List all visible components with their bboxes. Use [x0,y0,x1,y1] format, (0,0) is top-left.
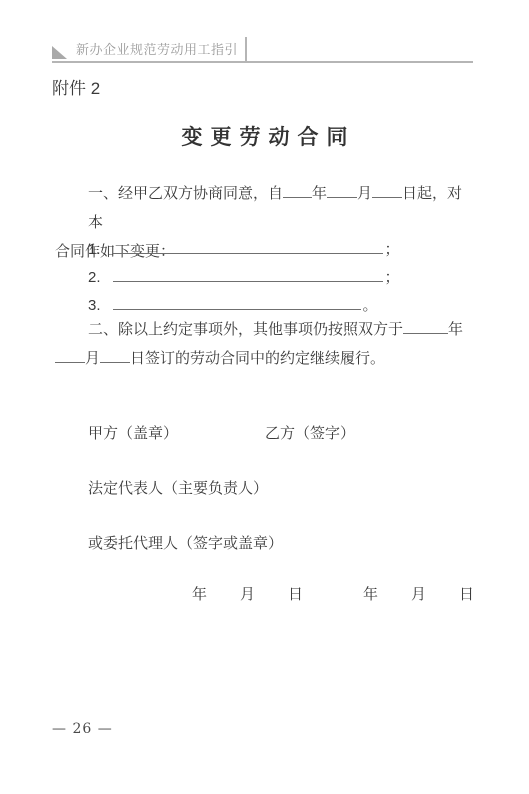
date-day-label: 日 [288,583,303,604]
date-day-label: 日 [459,583,474,604]
fill-in-blank-month [327,184,357,198]
fill-in-blank-line [113,296,361,310]
party-b-label: 乙方（签字） [265,422,355,443]
para1-text: 一、经甲乙双方协商同意，自 [88,185,283,202]
para1-text: 年 [312,185,327,202]
para2-text: 日签订的劳动合同中的约定继续履行。 [130,350,385,367]
fill-in-blank-month [55,349,85,363]
paragraph-1-line-1: 一、经甲乙双方协商同意，自年月日起，对本 [55,179,477,237]
running-header-title: 新办企业规范劳动用工指引 [76,39,238,58]
running-header: 新办企业规范劳动用工指引 [52,36,473,63]
document-title: 变更劳动合同 [0,121,529,151]
corner-triangle-icon [52,46,67,59]
entrusted-agent-label: 或委托代理人（签字或盖章） [88,532,283,553]
fill-in-blank-day [372,184,402,198]
date-year-label: 年 [363,583,378,604]
list-item: 1.； [88,236,400,264]
para2-text: 月 [85,350,100,367]
date-month-label: 月 [240,583,255,604]
fill-in-blank-day [100,349,130,363]
para2-text: 年 [448,321,463,338]
paragraph-2-line-2: 月日签订的劳动合同中的约定继续履行。 [55,344,477,373]
legal-representative-label: 法定代表人（主要负责人） [88,477,268,498]
date-line-party-a: 年 月 日 [192,583,303,604]
fill-in-blank-line [113,240,383,254]
para2-text: 二、除以上约定事项外，其他事项仍按照双方于 [88,321,403,338]
paragraph-2-line-1: 二、除以上约定事项外，其他事项仍按照双方于年 [55,315,477,344]
item-punctuation: 。 [363,297,378,314]
document-page: 新办企业规范劳动用工指引 附件 2 变更劳动合同 一、经甲乙双方协商同意，自年月… [0,0,529,794]
item-punctuation: ； [385,241,400,258]
date-month-label: 月 [411,583,426,604]
date-line-party-b: 年 月 日 [363,583,474,604]
para1-text: 月 [357,185,372,202]
page-number: — 26 — [52,721,113,737]
item-punctuation: ； [385,269,400,286]
attachment-label: 附件 2 [52,74,100,99]
party-a-label: 甲方（盖章） [88,422,178,443]
paragraph-2: 二、除以上约定事项外，其他事项仍按照双方于年 月日签订的劳动合同中的约定继续履行… [55,315,477,373]
item-number: 3. [88,297,101,314]
item-number: 2. [88,269,101,286]
fill-in-blank-line [113,268,383,282]
header-divider-bar [245,37,247,61]
fill-in-blank-year [283,184,312,198]
item-number: 1. [88,241,101,258]
amendment-items: 1.； 2.； 3.。 [88,236,400,320]
signature-parties-row: 甲方（盖章） 乙方（签字） [88,422,355,443]
list-item: 2.； [88,264,400,292]
date-year-label: 年 [192,583,207,604]
fill-in-blank-year [403,320,448,334]
